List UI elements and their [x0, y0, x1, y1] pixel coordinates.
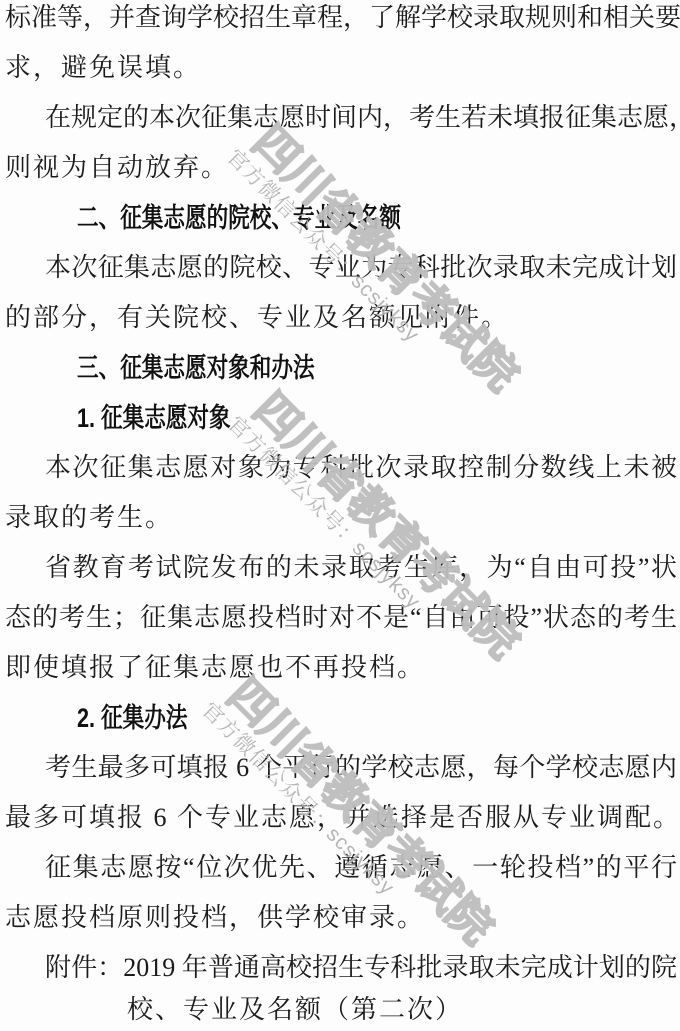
- text-line: 则视为自动放弃。: [5, 143, 677, 193]
- text-line: 考生最多可填报 6 个平行的学校志愿，每个学校志愿内: [5, 743, 677, 793]
- heading-text: 1. 征集志愿对象: [45, 393, 231, 443]
- heading-text: 三、征集志愿对象和办法: [45, 343, 315, 393]
- text-line: 录取的考生。: [5, 493, 677, 543]
- heading-line: 2. 征集办法: [5, 693, 677, 743]
- heading-line: 三、征集志愿对象和办法: [5, 343, 677, 393]
- text-line: 志愿投档原则投档，供学校审录。: [5, 893, 677, 943]
- heading-line: 二、征集志愿的院校、专业及名额: [5, 193, 677, 243]
- text-line: 在规定的本次征集志愿时间内，考生若未填报征集志愿，: [5, 93, 677, 143]
- heading-line: 1. 征集志愿对象: [5, 393, 677, 443]
- text-line: 标准等，并查询学校招生章程，了解学校录取规则和相关要: [5, 0, 677, 43]
- text-line: 征集志愿按“位次优先、遵循志愿、一轮投档”的平行: [5, 843, 677, 893]
- text-line: 求，避免误填。: [5, 43, 677, 93]
- text-line: 的部分，有关院校、专业及名额见附件。: [5, 293, 677, 343]
- heading-text: 二、征集志愿的院校、专业及名额: [45, 193, 401, 243]
- text-line: 本次征集志愿对象为专科批次录取控制分数线上未被: [5, 443, 677, 493]
- text-line: 即使填报了征集志愿也不再投档。: [5, 643, 677, 693]
- document-lines: 标准等，并查询学校招生章程，了解学校录取规则和相关要求，避免误填。在规定的本次征…: [0, 0, 680, 1031]
- text-line: 本次征集志愿的院校、专业为专科批次录取未完成计划: [5, 243, 677, 293]
- text-line: 最多可填报 6 个专业志愿，并选择是否服从专业调配。: [5, 793, 677, 843]
- text-line: 态的考生；征集志愿投档时对不是“自由可投”状态的考生: [5, 593, 677, 643]
- document-page: { "page": { "background": "#fdfdfd", "te…: [0, 0, 680, 1031]
- heading-text: 2. 征集办法: [45, 693, 187, 743]
- text-line: 省教育考试院发布的未录取考生库，为“自由可投”状: [5, 543, 677, 593]
